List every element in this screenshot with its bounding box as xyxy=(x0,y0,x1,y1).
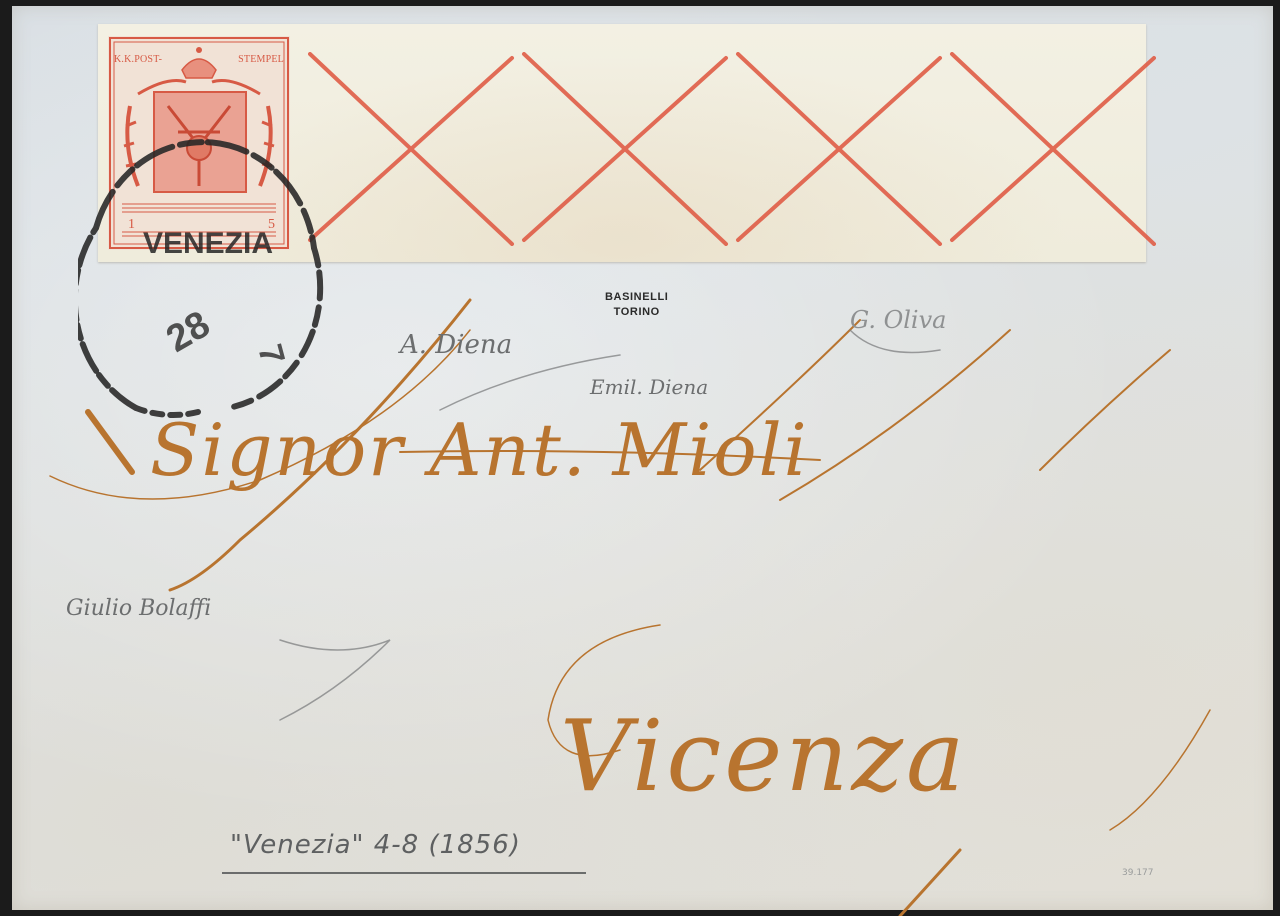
address-recipient: Signor Ant. Mioli xyxy=(150,408,809,492)
expert-signature-mid-second: Emil. Diena xyxy=(590,375,708,399)
address-city: Vicenza xyxy=(560,700,967,814)
expert-signature-right: G. Oliva xyxy=(850,306,946,334)
pencil-underline xyxy=(222,872,586,874)
collector-pencil-mark: 39.177 xyxy=(1122,868,1154,878)
expert-signature-left: Giulio Bolaffi xyxy=(66,596,211,621)
photo-frame: 1 5 K.K.POST- STEMPEL VENEZIA 28 7 BASIN… xyxy=(0,0,1280,916)
pencil-attribution-note: "Venezia" 4-8 (1856) xyxy=(230,830,521,860)
expert-signature-mid: A. Diena xyxy=(400,330,512,360)
